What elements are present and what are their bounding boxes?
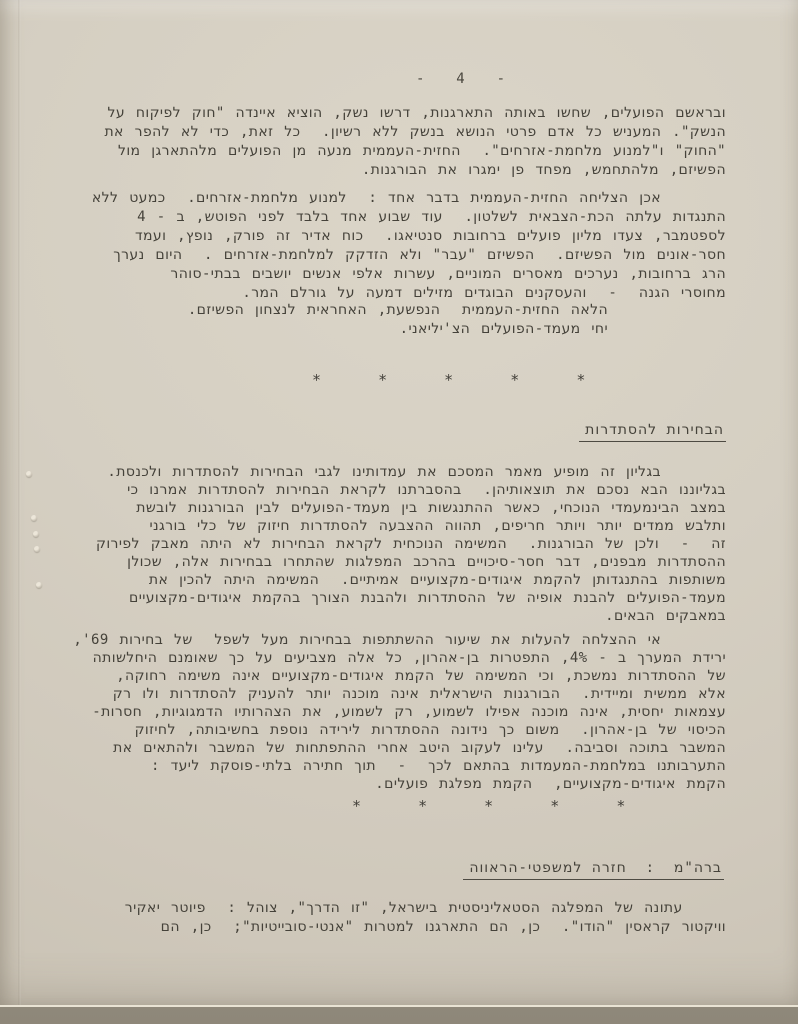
- section-heading-histadrut-elections: הבחירות להסתדרות: [579, 422, 726, 442]
- section-heading-ussr-show-trials: ברה"מ : חזרה למשפטי-הראווה: [463, 860, 724, 880]
- asterisk-separator-1: * * * * *: [312, 371, 552, 389]
- paper-speck: [34, 546, 40, 552]
- paper-speck: [33, 531, 39, 537]
- paragraph-ussr-show-trials: עתונה של המפלגה הסטאליניסטית בישראל, "זו…: [68, 899, 726, 937]
- paper-speck: [36, 582, 42, 588]
- paper-speck: [31, 515, 37, 521]
- document-page: - 4 - ובראשם הפועלים, שחשו באותה התארגנו…: [0, 0, 798, 1007]
- asterisk-separator-2: * * * * *: [352, 797, 592, 815]
- paragraph-histadrut-elections-2: אי ההצלחה להעלות את שיעור ההשתתפות בבחיר…: [68, 631, 726, 793]
- paper-crease: [18, 0, 21, 1005]
- paragraph-popular-front-chile: אכן הצליחה החזית-העממית בדבר אחד : למנוע…: [68, 189, 726, 303]
- paragraph-histadrut-elections-1: בגליון זה מופיע מאמר המסכם את עמדותינו ל…: [68, 463, 726, 625]
- paper-speck: [26, 471, 32, 477]
- page-number: - 4 -: [416, 71, 506, 87]
- paragraph-slogan: הלאה החזית-העממית הנפשעת, האחראית לנצחון…: [68, 301, 608, 339]
- paragraph-arms-control-law: ובראשם הפועלים, שחשו באותה התארגנות, דרש…: [68, 104, 726, 180]
